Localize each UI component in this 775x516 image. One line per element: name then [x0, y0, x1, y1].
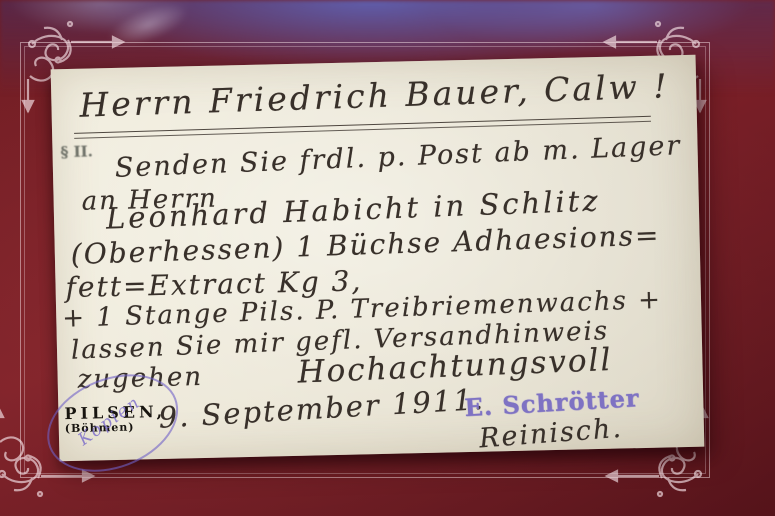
photo-of-postcard: Herrn Friedrich Bauer, Calw ! § II. Send…	[0, 0, 775, 516]
body-line: Senden Sie frdl. p. Post ab m. Lager	[114, 130, 682, 184]
oval-stamp-text: Kopien	[75, 392, 145, 450]
recipient-line: Herrn Friedrich Bauer, Calw !	[79, 66, 670, 125]
postcard: Herrn Friedrich Bauer, Calw ! § II. Send…	[51, 55, 705, 462]
faint-office-mark: § II.	[60, 142, 93, 161]
date-line: 9. September 1911.	[158, 382, 486, 435]
